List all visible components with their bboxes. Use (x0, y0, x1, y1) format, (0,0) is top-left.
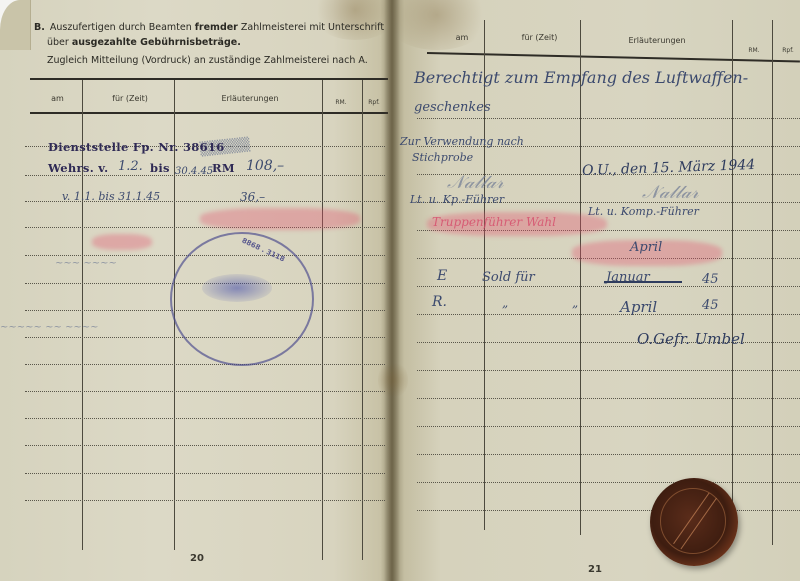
column-header-fuer-zeit: für (Zeit) (85, 94, 175, 103)
handwritten-rank-right: Lt. u. Komp.-Führer (588, 205, 699, 218)
dog-ear-corner (0, 0, 31, 50)
dotted-row-line (417, 426, 800, 427)
unit-stamp-rm: RM (212, 161, 235, 175)
handwritten-month-r: April (620, 298, 657, 316)
stamp-rim-text: 8868 . 3118 (240, 237, 286, 264)
signature-scrawl: 𝒩𝒶𝓁𝓁𝒶𝓇 (642, 182, 698, 203)
dotted-row-line (417, 454, 800, 455)
instruction-text: über (47, 37, 72, 48)
dotted-row-line (417, 370, 800, 371)
rule-header (30, 112, 388, 114)
column-header-erlaeuterungen: Erläuterungen (175, 94, 325, 103)
page-number-left: 20 (190, 553, 204, 564)
dotted-row-line (25, 473, 385, 474)
instruction-line-3: Zugleich Mitteilung (Vordruck) an zustän… (34, 53, 390, 68)
handwritten-assignment-line: Zur Verwendung nach (400, 135, 524, 148)
handwritten-place-date: O.U., den 15. März 1944 (582, 157, 756, 179)
red-handwritten-note: Truppenführer Wahl (432, 215, 556, 229)
unit-stamp-wehrs: Wehrs. v. (48, 161, 108, 175)
instruction-text: Zahlmeisterei mit Unterschrift (238, 22, 384, 33)
dotted-row-line (25, 364, 385, 365)
handwritten-amount-1: 108,– (246, 158, 284, 174)
handwritten-entitlement-line-1: Berechtigt zum Empfang des Luftwaffen- (414, 68, 748, 87)
red-ink-smear (200, 208, 360, 230)
handwritten-row-label-e: E (437, 268, 447, 284)
column-header-rm: RM. (322, 99, 360, 106)
euro-cent-coin (650, 478, 738, 566)
dotted-row-line (25, 500, 385, 501)
handwritten-struck-month: Januar (606, 270, 650, 285)
handwritten-sold-fuer: Sold für (482, 270, 535, 285)
dotted-row-line (417, 286, 800, 287)
handwritten-entitlement-line-2: geschenkes (414, 100, 491, 115)
dotted-row-line (417, 118, 800, 119)
dotted-row-line (25, 418, 385, 419)
book-spine-gutter (384, 0, 400, 581)
ditto-mark: „ (572, 296, 578, 310)
bleed-through-writing: ~~~ ~~~~ (55, 258, 117, 269)
dotted-row-line (25, 391, 385, 392)
column-header-erlaeuterungen: Erläuterungen (582, 36, 732, 45)
handwritten-assignment-line-2: Stichprobe (412, 151, 473, 164)
instruction-block: B.Auszufertigen durch Beamten fremder Za… (34, 20, 390, 68)
unit-stamp-bis: bis (150, 161, 170, 175)
column-header-am: am (30, 94, 85, 103)
column-header-am: am (432, 33, 492, 42)
round-eagle-stamp: 8868 . 3118 (170, 232, 314, 366)
dotted-row-line (417, 314, 800, 315)
handwritten-rank-left: Lt. u. Kp.-Führer (410, 193, 504, 206)
column-divider (322, 80, 323, 560)
rule-top (30, 78, 388, 80)
handwritten-from-date: 1.2. (118, 159, 143, 174)
column-header-rpf: Rpf. (776, 47, 800, 54)
column-divider (362, 80, 363, 560)
instruction-text: Auszufertigen durch Beamten (50, 22, 195, 33)
ditto-mark: „ (502, 296, 508, 310)
dotted-row-line (417, 398, 800, 399)
column-header-rm: RM. (734, 47, 774, 54)
column-header-fuer-zeit: für (Zeit) (492, 33, 587, 42)
gutter-stain (378, 360, 408, 400)
instruction-emphasis: ausgezahlte Gebührnisbeträge. (72, 37, 241, 48)
column-divider (580, 20, 581, 535)
column-divider (732, 20, 733, 540)
section-marker: B. (34, 22, 45, 33)
column-divider (772, 20, 773, 545)
dotted-row-line (417, 510, 800, 511)
dotted-row-line (25, 445, 385, 446)
handwritten-period-2: v. 1.1. bis 31.1.45 (62, 190, 160, 203)
handwritten-year-r: 45 (702, 298, 719, 313)
left-page: B.Auszufertigen durch Beamten fremder Za… (0, 0, 392, 581)
unit-stamp-line-1: Dienststelle Fp. Nr. 38616 (48, 140, 225, 154)
bleed-through-writing: ~~~~~ ~~ ~~~~ (0, 322, 99, 333)
red-ink-smear (92, 234, 152, 250)
handwritten-signature: O.Gefr. Umbel (637, 330, 745, 348)
handwritten-correction-month: April (630, 240, 662, 255)
right-page: am für (Zeit) Erläuterungen RM. Rpf. Ber… (392, 0, 800, 581)
handwritten-amount-2: 36,– (240, 190, 265, 204)
handwritten-to-date: 30.4.45 (175, 166, 213, 177)
handwritten-year-e: 45 (702, 272, 719, 287)
dotted-row-line (417, 482, 800, 483)
strike-through-line (604, 281, 682, 283)
instruction-emphasis: fremder (195, 22, 238, 33)
signature-scrawl: 𝒩𝒶𝓁𝓁𝒶𝓇 (447, 172, 503, 193)
eagle-emblem-icon (202, 274, 272, 302)
page-number-right: 21 (588, 564, 602, 575)
handwritten-row-label-r: R. (432, 294, 447, 310)
